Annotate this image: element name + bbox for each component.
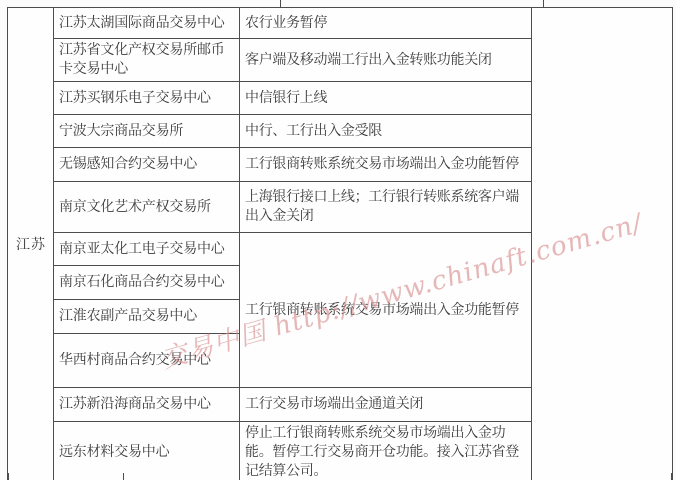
top-row-divider-stub bbox=[280, 0, 281, 7]
exchange-name-cell: 南京石化商品合约交易中心 bbox=[54, 266, 240, 300]
remarks-cell-empty bbox=[532, 8, 673, 480]
bottom-row-divider-stub bbox=[671, 473, 672, 480]
region-cell: 江苏 bbox=[8, 8, 54, 480]
exchange-name-cell: 远东材料交易中心 bbox=[54, 422, 240, 480]
bottom-row-divider-stub bbox=[8, 473, 9, 480]
exchange-name-cell: 无锡感知合约交易中心 bbox=[54, 148, 240, 182]
status-cell: 客户端及移动端工行出入金转账功能关闭 bbox=[240, 39, 532, 82]
status-cell: 农行业务暂停 bbox=[240, 8, 532, 39]
status-cell: 中行、工行出入金受限 bbox=[240, 115, 532, 148]
status-cell: 工行银商转账系统交易市场端出入金功能暂停 bbox=[240, 148, 532, 182]
exchange-status-table: 江苏 江苏太湖国际商品交易中心 农行业务暂停 江苏省文化产权交易所邮币卡交易中心… bbox=[7, 7, 673, 480]
status-cell-merged: 工行银商转账系统交易市场端出入金功能暂停 bbox=[240, 233, 532, 388]
status-cell: 中信银行上线 bbox=[240, 82, 532, 115]
exchange-name-cell: 南京亚太化工电子交易中心 bbox=[54, 233, 240, 266]
exchange-name-cell: 江苏新沿海商品交易中心 bbox=[54, 388, 240, 422]
exchange-name-cell: 宁波大宗商品交易所 bbox=[54, 115, 240, 148]
page: 江苏 江苏太湖国际商品交易中心 农行业务暂停 江苏省文化产权交易所邮币卡交易中心… bbox=[0, 0, 676, 480]
status-cell: 上海银行接口上线；工行银行转账系统客户端出入金关闭 bbox=[240, 182, 532, 233]
table-row: 江苏 江苏太湖国际商品交易中心 农行业务暂停 bbox=[8, 8, 673, 39]
exchange-name-cell: 华西村商品合约交易中心 bbox=[54, 334, 240, 388]
status-cell: 停止工行银商转账系统交易市场端出入金功能。暂停工行交易商开仓功能。接入江苏省登记… bbox=[240, 422, 532, 480]
exchange-name-cell: 江淮农副产品交易中心 bbox=[54, 300, 240, 334]
exchange-name-cell: 江苏买钢乐电子交易中心 bbox=[54, 82, 240, 115]
status-cell: 工行交易市场端出金通道关闭 bbox=[240, 388, 532, 422]
bottom-row-divider-stub bbox=[123, 473, 124, 480]
exchange-name-cell: 江苏太湖国际商品交易中心 bbox=[54, 8, 240, 39]
exchange-name-cell: 江苏省文化产权交易所邮币卡交易中心 bbox=[54, 39, 240, 82]
bottom-row-divider-stub bbox=[531, 473, 532, 480]
top-row-divider-stub bbox=[543, 0, 544, 7]
exchange-name-cell: 南京文化艺术产权交易所 bbox=[54, 182, 240, 233]
